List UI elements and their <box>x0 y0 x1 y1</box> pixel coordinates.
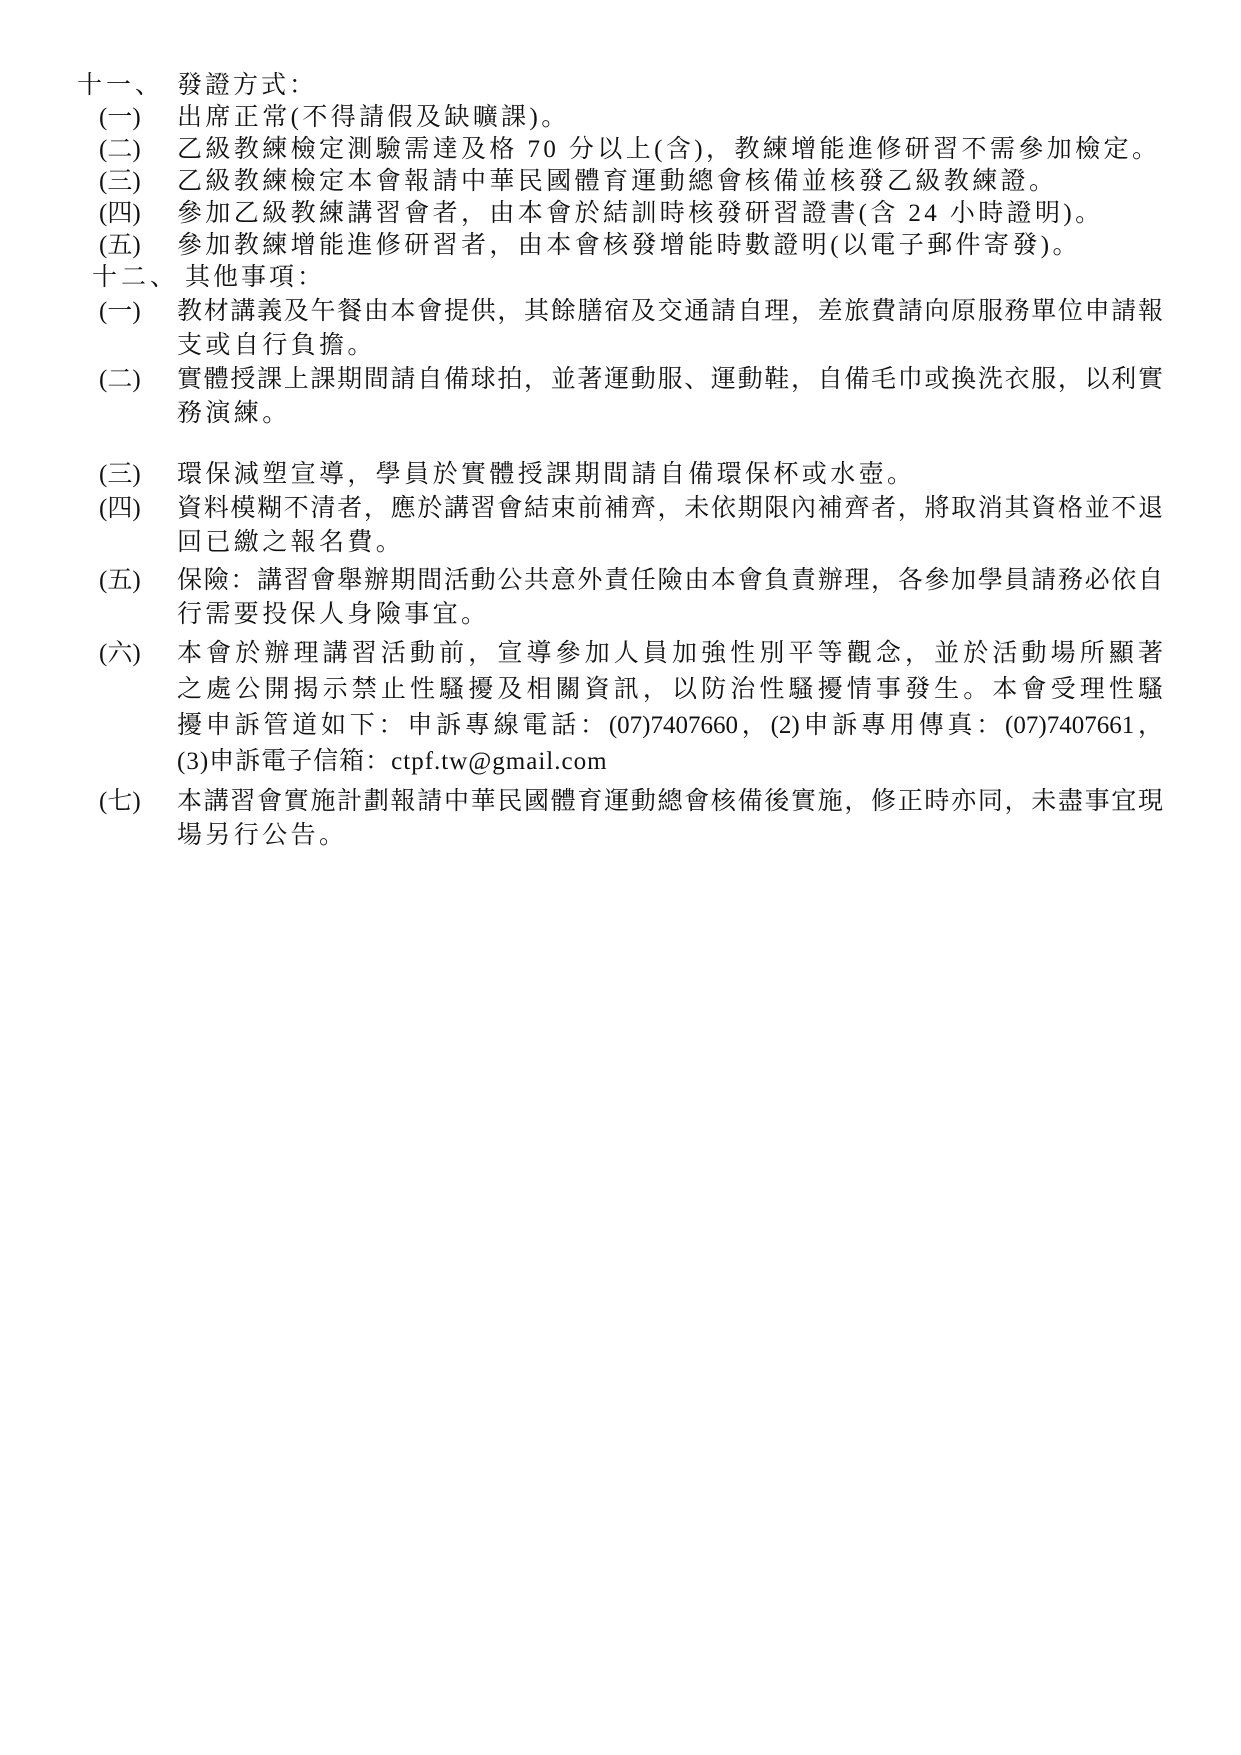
item-label: (七) <box>99 786 141 818</box>
item-text: 參加乙級教練講習會者，由本會於結訓時核發研習證書(含 24 小時證明)。 <box>177 198 1163 230</box>
list-item-continuation: 之處公開揭示禁止性騷擾及相關資訊，以防治性騷擾情事發生。本會受理性騷 <box>0 674 1241 706</box>
list-item-continuation: 場另行公告。 <box>0 820 1241 852</box>
list-item-continuation: 支或自行負擔。 <box>0 330 1241 362</box>
contact-email-line: (3)申訴電子信箱：ctpf.tw@gmail.com <box>177 746 1163 778</box>
item-text: 出席正常(不得請假及缺曠課)。 <box>177 102 1163 134</box>
item-label: (二) <box>99 364 141 396</box>
document-page: 十一、 發證方式： (一) 出席正常(不得請假及缺曠課)。 (二) 乙級教練檢定… <box>0 0 1241 1755</box>
item-label: (六) <box>99 638 141 670</box>
section-title: 發證方式： <box>177 70 317 102</box>
list-item: (五) 保險：講習會舉辦期間活動公共意外責任險由本會負責辦理，各參加學員請務必依… <box>0 565 1241 597</box>
list-item-continuation: (3)申訴電子信箱：ctpf.tw@gmail.com <box>0 746 1241 778</box>
list-item: (一) 出席正常(不得請假及缺曠課)。 <box>0 102 1241 134</box>
item-label: (一) <box>99 296 141 328</box>
item-text: 參加教練增能進修研習者，由本會核發增能時數證明(以電子郵件寄發)。 <box>177 230 1163 262</box>
list-item: (三) 環保減塑宣導，學員於實體授課期間請自備環保杯或水壺。 <box>0 459 1241 491</box>
list-item: (七) 本講習會實施計劃報請中華民國體育運動總會核備後實施，修正時亦同，未盡事宜… <box>0 786 1241 818</box>
list-item-continuation: 回已繳之報名費。 <box>0 527 1241 559</box>
section-number: 十一、 <box>77 70 164 102</box>
section-number: 十二、 <box>92 262 179 294</box>
list-item: (二) 實體授課上課期間請自備球拍，並著運動服、運動鞋，自備毛巾或換洗衣服，以利… <box>0 364 1241 396</box>
list-item-continuation: 擾申訴管道如下：申訴專線電話：(07)7407660，(2)申訴專用傳真：(07… <box>0 710 1241 742</box>
item-text: 行需要投保人身險事宜。 <box>177 599 1163 631</box>
item-text: 實體授課上課期間請自備球拍，並著運動服、運動鞋，自備毛巾或換洗衣服，以利實 <box>177 364 1163 396</box>
item-text: 之處公開揭示禁止性騷擾及相關資訊，以防治性騷擾情事發生。本會受理性騷 <box>177 674 1163 706</box>
list-item: (二) 乙級教練檢定測驗需達及格 70 分以上(含)，教練增能進修研習不需參加檢… <box>0 134 1241 166</box>
item-text: 本講習會實施計劃報請中華民國體育運動總會核備後實施，修正時亦同，未盡事宜現 <box>177 786 1163 818</box>
section-heading: 十二、 其他事項： <box>0 262 1241 294</box>
item-text: 支或自行負擔。 <box>177 330 1163 362</box>
list-item: (三) 乙級教練檢定本會報請中華民國體育運動總會核備並核發乙級教練證。 <box>0 166 1241 198</box>
item-label: (五) <box>99 565 141 597</box>
list-item: (六) 本會於辦理講習活動前，宣導參加人員加強性別平等觀念，並於活動場所顯著 <box>0 638 1241 670</box>
item-label: (二) <box>99 134 141 166</box>
item-text: 乙級教練檢定測驗需達及格 70 分以上(含)，教練增能進修研習不需參加檢定。 <box>177 134 1163 166</box>
section-title: 其他事項： <box>185 262 325 294</box>
list-item: (一) 教材講義及午餐由本會提供，其餘膳宿及交通請自理，差旅費請向原服務單位申請… <box>0 296 1241 328</box>
item-text: 資料模糊不清者，應於講習會結束前補齊，未依期限內補齊者，將取消其資格並不退 <box>177 493 1163 525</box>
item-label: (五) <box>99 230 141 262</box>
item-text: 擾申訴管道如下：申訴專線電話：(07)7407660，(2)申訴專用傳真：(07… <box>177 710 1163 742</box>
item-label: (四) <box>99 493 141 525</box>
item-label: (四) <box>99 198 141 230</box>
item-text: 乙級教練檢定本會報請中華民國體育運動總會核備並核發乙級教練證。 <box>177 166 1163 198</box>
section-heading: 十一、 發證方式： <box>0 70 1241 102</box>
list-item: (四) 資料模糊不清者，應於講習會結束前補齊，未依期限內補齊者，將取消其資格並不… <box>0 493 1241 525</box>
item-text: 保險：講習會舉辦期間活動公共意外責任險由本會負責辦理，各參加學員請務必依自 <box>177 565 1163 597</box>
list-item: (四) 參加乙級教練講習會者，由本會於結訓時核發研習證書(含 24 小時證明)。 <box>0 198 1241 230</box>
item-label: (一) <box>99 102 141 134</box>
item-text: 教材講義及午餐由本會提供，其餘膳宿及交通請自理，差旅費請向原服務單位申請報 <box>177 296 1163 328</box>
item-text: 務演練。 <box>177 398 1163 430</box>
item-text: 回已繳之報名費。 <box>177 527 1163 559</box>
item-text: 環保減塑宣導，學員於實體授課期間請自備環保杯或水壺。 <box>177 459 1163 491</box>
list-item-continuation: 務演練。 <box>0 398 1241 430</box>
item-text: 場另行公告。 <box>177 820 1163 852</box>
item-label: (三) <box>99 459 141 491</box>
item-label: (三) <box>99 166 141 198</box>
list-item-continuation: 行需要投保人身險事宜。 <box>0 599 1241 631</box>
item-text: 本會於辦理講習活動前，宣導參加人員加強性別平等觀念，並於活動場所顯著 <box>177 638 1163 670</box>
list-item: (五) 參加教練增能進修研習者，由本會核發增能時數證明(以電子郵件寄發)。 <box>0 230 1241 262</box>
